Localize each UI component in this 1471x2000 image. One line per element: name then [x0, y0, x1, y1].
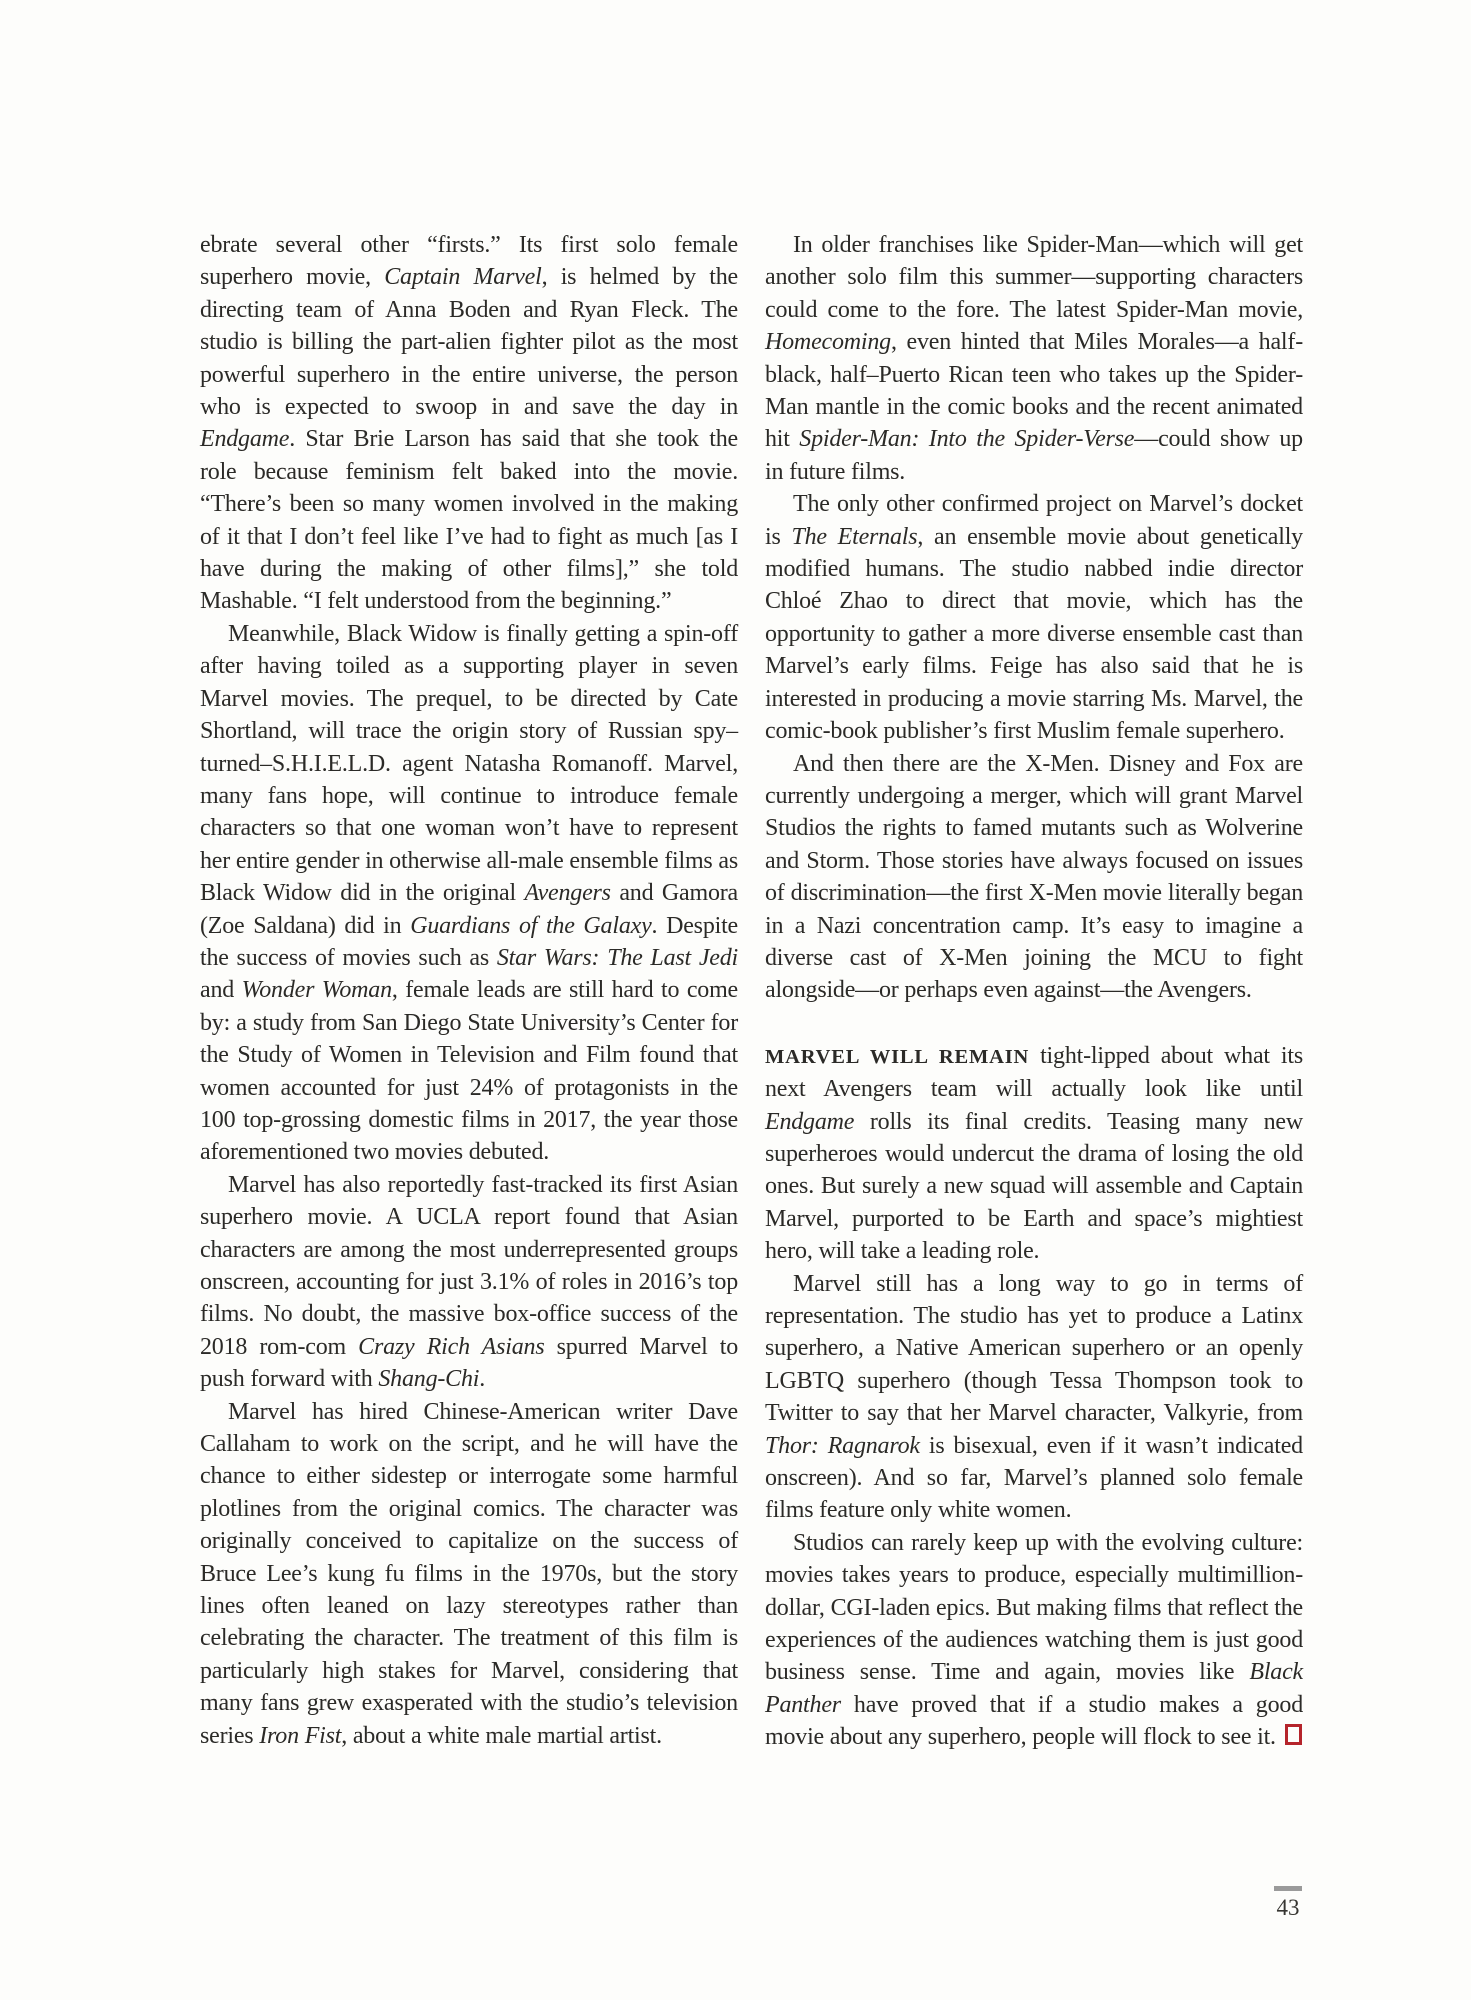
body-text: , about a white male martial artist. — [341, 1723, 662, 1749]
folio-rule — [1274, 1886, 1302, 1891]
italic-title-text: Wonder Woman — [242, 977, 392, 1003]
paragraph: Marvel still has a long way to go in ter… — [765, 1268, 1303, 1527]
paragraph: Meanwhile, Black Widow is finally gettin… — [200, 618, 738, 1169]
body-text: , female leads are still hard to come by… — [200, 977, 738, 1165]
body-text: Marvel has hired Chinese-American writer… — [200, 1399, 738, 1749]
article-body: ebrate several other “firsts.” Its first… — [200, 229, 1303, 1754]
italic-title-text: The Eternals — [791, 524, 917, 550]
italic-title-text: Homecoming — [765, 329, 891, 355]
body-text: and — [200, 977, 242, 1003]
page-folio: 43 — [1272, 1886, 1304, 1920]
magazine-page: ebrate several other “firsts.” Its first… — [0, 0, 1471, 2000]
section-lead-in: MARVEL WILL REMAIN — [765, 1046, 1029, 1068]
italic-title-text: Endgame — [200, 426, 289, 452]
body-text: Meanwhile, Black Widow is finally gettin… — [200, 621, 738, 906]
italic-title-text: Iron Fist — [259, 1723, 341, 1749]
paragraph: Marvel has hired Chinese-American writer… — [200, 1396, 738, 1752]
paragraph: MARVEL WILL REMAIN tight-lipped about wh… — [765, 1040, 1303, 1268]
page-number: 43 — [1272, 1896, 1304, 1920]
paragraph: Marvel has also reportedly fast-tracked … — [200, 1169, 738, 1396]
italic-title-text: Guardians of the Galaxy — [410, 913, 651, 939]
article-column-left: ebrate several other “firsts.” Its first… — [200, 229, 738, 1754]
italic-title-text: Avengers — [524, 880, 610, 906]
body-text: . — [479, 1366, 485, 1392]
body-text: Marvel still has a long way to go in ter… — [765, 1271, 1303, 1427]
body-text: have proved that if a studio makes a goo… — [765, 1692, 1303, 1750]
body-text: . Star Brie Larson has said that she too… — [200, 426, 738, 614]
italic-title-text: Captain Marvel — [384, 264, 541, 290]
paragraph: In older franchises like Spider-Man—whic… — [765, 229, 1303, 488]
paragraph: ebrate several other “firsts.” Its first… — [200, 229, 738, 618]
italic-title-text: Thor: Ragnarok — [765, 1433, 920, 1459]
italic-title-text: Crazy Rich Asians — [358, 1334, 544, 1360]
italic-title-text: Star Wars: The Last Jedi — [497, 945, 738, 971]
paragraph: And then there are the X-Men. Disney and… — [765, 748, 1303, 1007]
italic-title-text: Spider-Man: Into the Spider-Verse — [799, 426, 1134, 452]
article-column-right: In older franchises like Spider-Man—whic… — [765, 229, 1303, 1754]
paragraph: Studios can rarely keep up with the evol… — [765, 1527, 1303, 1754]
body-text: And then there are the X-Men. Disney and… — [765, 751, 1303, 1004]
body-text: In older franchises like Spider-Man—whic… — [765, 232, 1303, 323]
body-text: Studios can rarely keep up with the evol… — [765, 1530, 1303, 1686]
end-of-article-mark — [1285, 1724, 1302, 1745]
italic-title-text: Shang-Chi — [378, 1366, 479, 1392]
body-text: Marvel has also reportedly fast-tracked … — [200, 1172, 738, 1360]
italic-title-text: Endgame — [765, 1109, 854, 1135]
paragraph: The only other confirmed project on Marv… — [765, 488, 1303, 747]
body-text: , an ensemble movie about genetically mo… — [765, 524, 1303, 744]
